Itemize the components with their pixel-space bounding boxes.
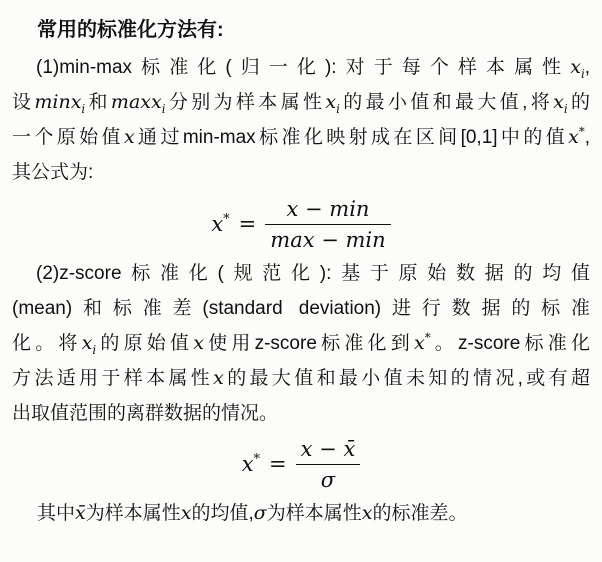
text-run: 和 — [85, 92, 111, 113]
math-var-x: x — [181, 502, 192, 524]
math-var-x: x — [124, 126, 135, 148]
fraction-numerator: x − x̄ — [296, 437, 361, 465]
equals-sign: = — [269, 452, 287, 476]
text-run: 的均值, — [191, 503, 253, 524]
math-var-xi: xi — [82, 332, 96, 354]
doc-title-text: 常用的标准化方法有: — [37, 19, 224, 41]
text-run: , — [585, 127, 590, 148]
text-run: 设 — [12, 92, 34, 113]
text-run: (mean)和标准差(standard deviation)进行数据的标准 — [12, 298, 590, 319]
doc-title: 常用的标准化方法有: — [12, 13, 590, 48]
paragraph2-line2: (mean)和标准差(standard deviation)进行数据的标准 — [12, 291, 590, 326]
text-run: 的最大值和最小值未知的情况,或有超 — [224, 368, 590, 389]
text-run: 为样本属性 — [267, 503, 362, 524]
paragraph2-line4: 方法适用于样本属性x的最大值和最小值未知的情况,或有超 — [12, 361, 590, 396]
paragraph2-line3: 化。将xi的原始值x使用z-score标准化到x*。z-score标准化 — [12, 326, 590, 361]
text-run: 出取值范围的离群数据的情况。 — [12, 403, 278, 424]
math-var-minxi: minxi — [34, 91, 85, 113]
paragraph1-line2: 设minxi和maxxi分别为样本属性xi的最小值和最大值,将xi的 — [12, 85, 590, 120]
paragraph3-line1: 其中x̄为样本属性x的均值,σ为样本属性x的标准差。 — [12, 496, 590, 531]
math-var-sigma: σ — [254, 502, 267, 524]
fraction-denominator: max − min — [265, 225, 390, 252]
math-var-xi: xi — [553, 91, 567, 113]
paragraph1-line3: 一个原始值x通过min-max标准化映射成在区间[0,1]中的值x*, — [12, 120, 590, 155]
text-run: (1)min-max标准化(归一化):对于每个样本属性 — [36, 57, 570, 78]
paragraph2-line1: (2)z-score标准化(规范化):基于原始数据的均值 — [12, 256, 590, 291]
text-run: 化。将 — [12, 333, 82, 354]
math-var-xstar: x* — [414, 332, 431, 354]
fraction: x − min max − min — [265, 197, 390, 252]
fraction-denominator: σ — [296, 465, 361, 492]
text-run: (2)z-score标准化(规范化):基于原始数据的均值 — [36, 263, 590, 284]
fraction-numerator: x − min — [265, 197, 390, 225]
text-run: 。z-score标准化 — [431, 333, 590, 354]
text-run: 其公式为: — [12, 162, 93, 183]
document-page: 常用的标准化方法有: (1)min-max标准化(归一化):对于每个样本属性xi… — [0, 0, 602, 562]
math-var-xi: xi — [325, 91, 339, 113]
math-var-xstar: x* — [242, 452, 260, 476]
math-var-xstar: x* — [211, 212, 229, 236]
math-var-x: x — [193, 332, 204, 354]
paragraph2-line5: 出取值范围的离群数据的情况。 — [12, 396, 590, 431]
text-run: , — [585, 57, 590, 78]
formula-minmax: x* = x − min max − min — [0, 191, 602, 257]
text-run: 为样本属性 — [86, 503, 181, 524]
math-var-x: x — [213, 367, 224, 389]
text-run: 的标准差。 — [372, 503, 467, 524]
math-var-x: x — [362, 502, 373, 524]
math-var-maxxi: maxxi — [111, 91, 166, 113]
equals-sign: = — [239, 212, 257, 236]
text-run: 方法适用于样本属性 — [12, 368, 213, 389]
text-run: 其中 — [37, 503, 75, 524]
paragraph1-line4: 其公式为: — [12, 155, 590, 190]
formula-zscore: x* = x − x̄ σ — [0, 432, 602, 496]
text-run: 分别为样本属性 — [165, 92, 325, 113]
text-run: 的 — [568, 92, 590, 113]
paragraph1-line1: (1)min-max标准化(归一化):对于每个样本属性xi, — [12, 50, 590, 85]
text-run: 使用z-score标准化到 — [204, 333, 414, 354]
text-run: 一个原始值 — [12, 127, 124, 148]
math-var-xbar: x̄ — [75, 502, 86, 524]
text-run: 的最小值和最大值,将 — [340, 92, 553, 113]
math-var-xi: xi — [570, 56, 584, 78]
text-run: 的原始值 — [96, 333, 193, 354]
fraction: x − x̄ σ — [296, 437, 361, 492]
text-run: 通过min-max标准化映射成在区间[0,1]中的值 — [135, 127, 568, 148]
math-var-xstar: x* — [568, 126, 585, 148]
